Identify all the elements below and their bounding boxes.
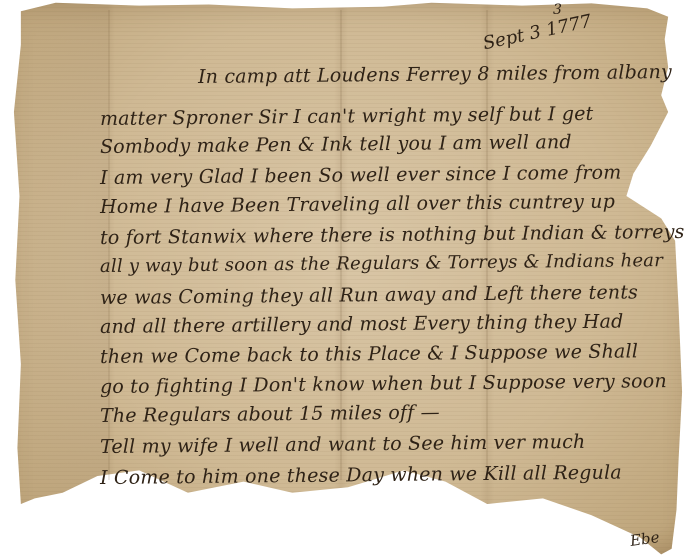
letter-line: Tell my wife I well and want to See him … [100,431,586,458]
letter-line: and all there artillery and most Every t… [100,311,624,338]
letter-line: all y way but soon as the Regulars & Tor… [100,250,663,277]
letter-content: 3 Sept 3 1777 In camp att Loudens Ferrey… [0,0,696,560]
letter-line: go to fighting I Don't know when but I S… [100,370,667,398]
letter-line: we was Coming they all Run away and Left… [100,281,638,309]
document-photo: 3 Sept 3 1777 In camp att Loudens Ferrey… [0,0,696,560]
letter-line: matter Sproner Sir I can't wright my sel… [100,103,594,130]
letter-line: Home I have Been Traveling all over this… [100,191,615,218]
letter-line: The Regulars about 15 miles off — [100,401,440,427]
letter-line: then we Come back to this Place & I Supp… [100,340,638,368]
letter-line: I am very Glad I been So well ever since… [100,162,622,189]
signature-fragment: Ebe [629,528,661,550]
letter-date: Sept 3 1777 [481,11,593,55]
letter-line: I Come to him one these Day when we Kill… [100,462,622,489]
letter-line: Sombody make Pen & Ink tell you I am wel… [100,131,572,158]
letter-heading: In camp att Loudens Ferrey 8 miles from … [198,61,672,88]
letter-line: to fort Stanwix where there is nothing b… [100,221,685,249]
